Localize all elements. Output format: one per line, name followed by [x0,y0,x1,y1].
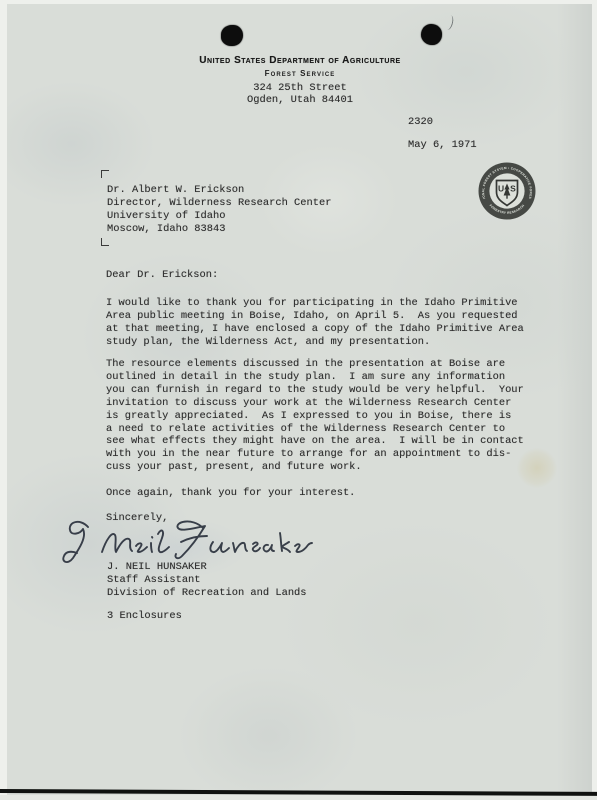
enclosures-note: 3 Enclosures [107,610,182,623]
signature-stroke [63,521,312,562]
forest-service-seal-stamp: NATIONAL FOREST SYSTEM • COOPERATIVE FOR… [477,161,537,221]
address-bracket-open [101,170,109,178]
signer-division: Division of Recreation and Lands [107,587,307,599]
letterhead: United States Department of Agriculture … [3,55,597,107]
punch-hole-left [221,25,243,46]
scan-edge-left [0,0,7,800]
address-bracket-close [101,238,109,246]
seal-tree-trunk [506,196,507,199]
body-paragraph-3: Once again, thank you for your interest. [106,487,355,500]
signature-block: J. NEIL HUNSAKER Staff Assistant Divisio… [107,561,307,600]
letterhead-department: United States Department of Agriculture [3,55,597,66]
letterhead-agency: Forest Service [3,69,597,78]
letterhead-city: Ogden, Utah 84401 [3,94,597,106]
salutation: Dear Dr. Erickson: [106,269,218,282]
recipient-address: Dr. Albert W. Erickson Director, Wildern… [107,184,331,236]
pen-mark [443,14,454,30]
scan-edge-bottom [0,795,597,800]
signer-title: Staff Assistant [107,574,201,586]
letterhead-street: 324 25th Street [3,82,597,94]
scan-edge-top [0,0,597,4]
punch-hole-right [421,24,442,45]
scanned-letter-page: United States Department of Agriculture … [0,0,597,800]
seal-shield-letter-u: U [498,184,504,194]
body-paragraph-1: I would like to thank you for participat… [106,297,524,349]
body-paragraph-2: The resource elements discussed in the p… [106,358,524,474]
date: May 6, 1971 [408,139,477,152]
file-code: 2320 [408,116,433,129]
seal-shield-letter-s: S [510,184,516,194]
scan-edge-right [592,0,597,800]
signer-name: J. NEIL HUNSAKER [107,561,207,573]
